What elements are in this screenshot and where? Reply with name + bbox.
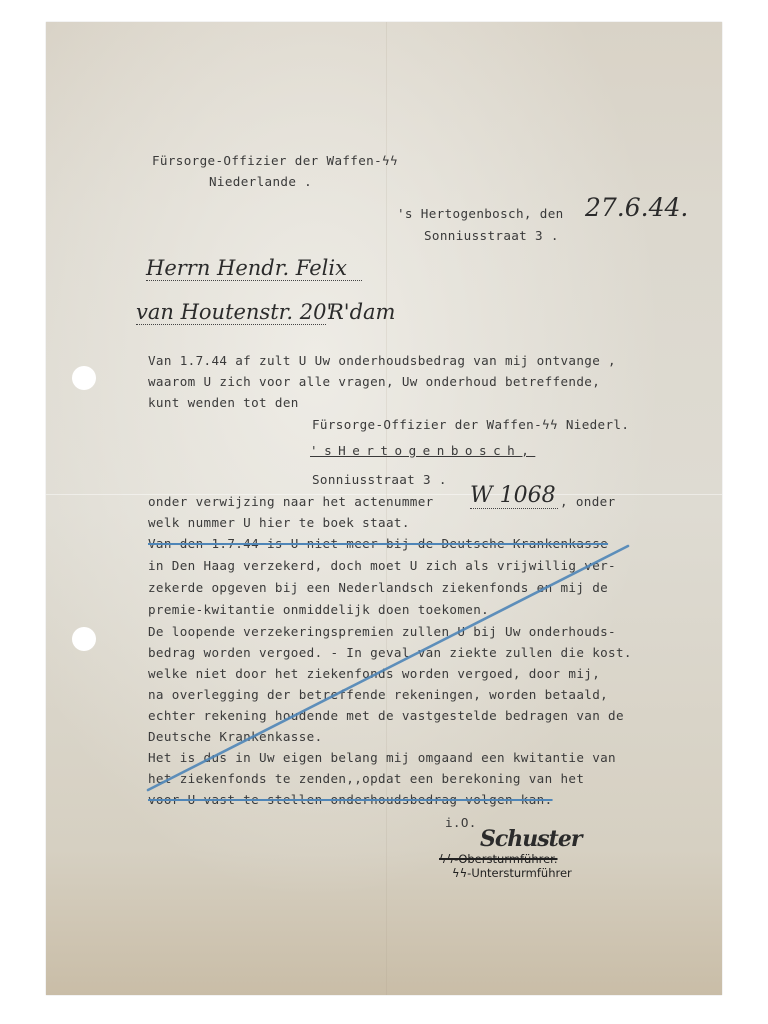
letterhead-line2: Niederlande . — [209, 171, 312, 192]
rank-stamp: ϟϟ-Untersturmführer — [452, 866, 572, 880]
punch-hole-top — [72, 366, 96, 390]
struck-line-1: Van den 1.7.44 is U niet meer bij de Deu… — [148, 533, 608, 554]
reference-number: W 1068 — [470, 483, 558, 509]
punch-hole-bottom — [72, 627, 96, 651]
reference-line2: welk nummer U hier te boek staat. — [148, 512, 410, 533]
body-line-1: Van 1.7.44 af zult U Uw onderhoudsbedrag… — [148, 350, 616, 371]
struck-line-8: na overlegging der betreffende rekeninge… — [148, 684, 608, 705]
address-block-line1: Fürsorge-Offizier der Waffen-ϟϟ Niederl. — [312, 414, 629, 435]
struck-line-10: Deutsche Krankenkasse. — [148, 726, 323, 747]
place-city: 's Hertogenbosch, den — [397, 203, 564, 224]
reference-suffix: , onder — [560, 491, 616, 512]
signature-handwritten: Schuster — [480, 826, 581, 852]
struck-line-11: Het is dus in Uw eigen belang mij omgaan… — [148, 747, 616, 768]
recipient-city: R'dam — [328, 300, 395, 324]
letterhead-line1: Fürsorge-Offizier der Waffen-ϟϟ — [152, 150, 398, 171]
struck-line-7: welke niet door het ziekenfonds worden v… — [148, 663, 600, 684]
date-handwritten: 27.6.44. — [585, 193, 688, 222]
recipient-name: Herrn Hendr. Felix — [146, 256, 362, 281]
struck-line-last: voor U vast te stellen onderhoudsbedrag … — [148, 789, 553, 810]
struck-line-12: het ziekenfonds te zenden,,opdat een ber… — [148, 768, 584, 789]
struck-line-9: echter rekening houdende met de vastgest… — [148, 705, 624, 726]
struck-line-5: De loopende verzekeringspremien zullen U… — [148, 621, 616, 642]
body-line-3: kunt wenden tot den — [148, 392, 299, 413]
signature-io: i.O. — [445, 812, 477, 833]
address-block-street: Sonniusstraat 3 . — [312, 469, 447, 490]
struck-line-6: bedrag worden vergoed. - In geval van zi… — [148, 642, 632, 663]
body-line-2: waarom U zich voor alle vragen, Uw onder… — [148, 371, 600, 392]
struck-line-3: zekerde opgeven bij een Nederlandsch zie… — [148, 577, 608, 598]
address-block-city: 'sHertogenbosch, — [310, 440, 535, 461]
struck-line-2: in Den Haag verzekerd, doch moet U zich … — [148, 555, 616, 576]
reference-prefix: onder verwijzing naar het actenummer — [148, 491, 434, 512]
recipient-address: van Houtenstr. 20' — [136, 300, 326, 325]
place-street: Sonniusstraat 3 . — [424, 225, 559, 246]
struck-line-4: premie-kwitantie onmiddelijk doen toekom… — [148, 599, 489, 620]
rank-struck: ϟϟ-Obersturmführer. — [439, 852, 558, 866]
